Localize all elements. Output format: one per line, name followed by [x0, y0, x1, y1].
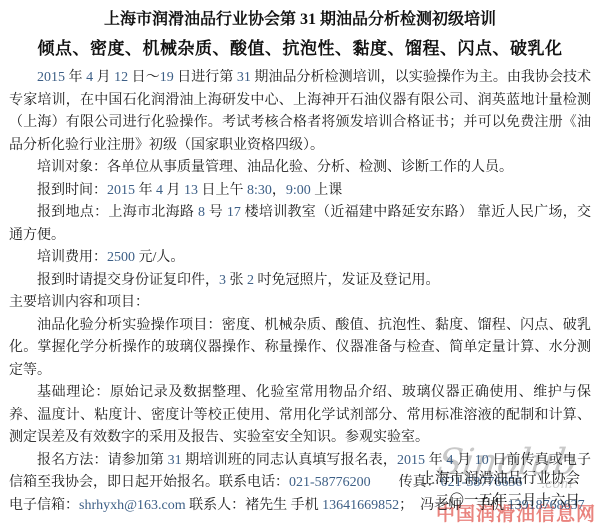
paragraph-training-target: 培训对象：各单位从事质量管理、油品化验、分析、检测、诊断工作的人员。 — [9, 157, 591, 180]
signature-block: 上海市润滑油品行业协会 二〇一五年三月十六日 — [421, 468, 581, 512]
paragraph-training-fee: 培训费用：2500 元/人。 — [9, 247, 591, 270]
paragraph-checkin-time: 报到时间：2015 年 4 月 13 日上午 8:30，9:00 上课 — [9, 180, 591, 203]
paragraph-lab-items: 油品化验分析实验操作项目：密度、机械杂质、酸值、抗泡性、黏度、馏程、闪点、破乳化… — [9, 315, 591, 383]
paragraph-intro: 2015 年 4 月 12 日～19 日进行第 31 期油品分析检测培训，以实验… — [9, 67, 591, 157]
paragraph-content-heading: 主要培训内容和项目： — [9, 292, 591, 315]
paragraph-basic-theory: 基础理论：原始记录及数据整理、化验室常用物品介绍、玻璃仪器正确使用、维护与保养、… — [9, 382, 591, 450]
signature-date: 二〇一五年三月十六日 — [421, 490, 581, 512]
document-subtitle: 倾点、密度、机械杂质、酸值、抗泡性、黏度、馏程、闪点、破乳化 — [9, 38, 591, 60]
document-title: 上海市润滑油品行业协会第 31 期油品分析检测初级培训 — [9, 9, 591, 31]
paragraph-checkin-location: 报到地点：上海市北海路 8 号 17 楼培训教室（近福建中路延安东路） 靠近人民… — [9, 202, 591, 247]
document-page: 上海市润滑油品行业协会第 31 期油品分析检测初级培训 倾点、密度、机械杂质、酸… — [0, 0, 600, 517]
document-body: 2015 年 4 月 12 日～19 日进行第 31 期油品分析检测培训，以实验… — [9, 67, 591, 517]
paragraph-checkin-documents: 报到时请提交身份证复印件，3 张 2 吋免冠照片，发证及登记用。 — [9, 270, 591, 293]
signature-organization: 上海市润滑油品行业协会 — [421, 468, 581, 490]
